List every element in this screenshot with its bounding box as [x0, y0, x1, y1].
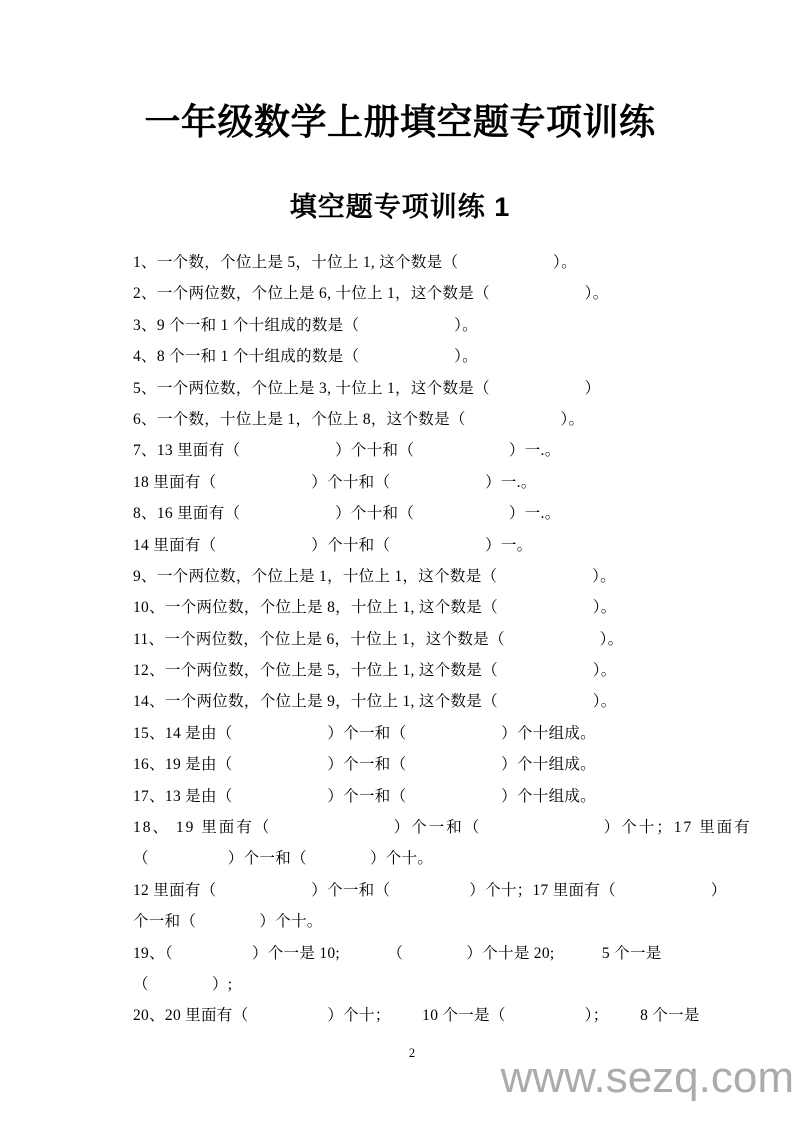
worksheet-page: 一年级数学上册填空题专项训练 填空题专项训练 1 1、一个数，个位上是 5，十位… — [0, 0, 800, 1131]
section-title: 填空题专项训练 1 — [0, 188, 800, 226]
question-line: 18 里面有（ ）个十和（ ）一.。 — [133, 467, 733, 498]
question-line: 20、20 里面有（ ）个十； 10 个一是（ ）； 8 个一是 — [133, 1000, 733, 1031]
question-line: 19、（ ）个一是 10; （ ）个十是 20; 5 个一是 — [133, 938, 733, 969]
question-line: 8、16 里面有（ ）个十和（ ）一.。 — [133, 498, 733, 529]
question-line: 14、一个两位数，个位上是 9，十位上 1, 这个数是（ ）。 — [133, 686, 733, 717]
question-line: 9、一个两位数，个位上是 1，十位上 1，这个数是（ ）。 — [133, 561, 733, 592]
question-line: （ ）个一和（ ）个十。 — [133, 843, 733, 874]
document-title: 一年级数学上册填空题专项训练 — [0, 98, 800, 146]
question-line: 6、一个数，十位上是 1，个位上 8，这个数是（ ）。 — [133, 404, 733, 435]
question-line: 16、19 是由（ ）个一和（ ）个十组成。 — [133, 749, 733, 780]
question-line: 个一和（ ）个十。 — [133, 906, 733, 937]
question-line: 15、14 是由（ ）个一和（ ）个十组成。 — [133, 718, 733, 749]
watermark: www.sezq.com — [501, 1055, 794, 1101]
question-line: 18、 19 里面有（ ）个一和（ ）个十；17 里面有 — [133, 812, 733, 843]
question-line: 10、一个两位数，个位上是 8，十位上 1, 这个数是（ ）。 — [133, 592, 733, 623]
question-line: 17、13 是由（ ）个一和（ ）个十组成。 — [133, 781, 733, 812]
question-line: 12、一个两位数，个位上是 5，十位上 1, 这个数是（ ）。 — [133, 655, 733, 686]
question-line: 11、一个两位数，个位上是 6，十位上 1，这个数是（ ）。 — [133, 624, 733, 655]
question-line: 4、8 个一和 1 个十组成的数是（ ）。 — [133, 341, 733, 372]
question-line: 1、一个数，个位上是 5，十位上 1, 这个数是（ ）。 — [133, 247, 733, 278]
question-line: （ ）; — [133, 969, 733, 1000]
question-line: 5、一个两位数，个位上是 3, 十位上 1，这个数是（ ） — [133, 373, 733, 404]
question-line: 3、9 个一和 1 个十组成的数是（ ）。 — [133, 310, 733, 341]
question-line: 7、13 里面有（ ）个十和（ ）一.。 — [133, 435, 733, 466]
question-line: 2、一个两位数，个位上是 6, 十位上 1，这个数是（ ）。 — [133, 278, 733, 309]
question-line: 14 里面有（ ）个十和（ ）一。 — [133, 530, 733, 561]
questions: 1、一个数，个位上是 5，十位上 1, 这个数是（ ）。2、一个两位数，个位上是… — [133, 247, 733, 1032]
question-line: 12 里面有（ ）个一和（ ）个十；17 里面有（ ） — [133, 875, 733, 906]
